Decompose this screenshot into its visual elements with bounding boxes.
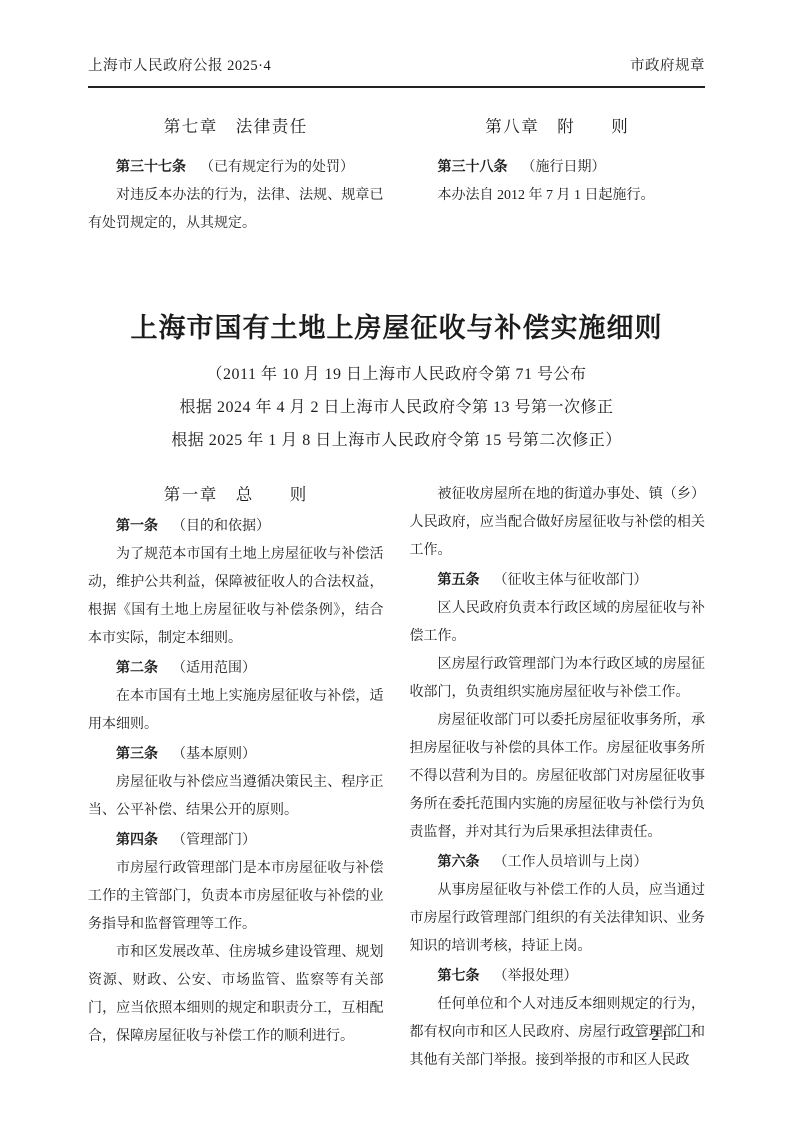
paragraph: 区人民政府负责本行政区域的房屋征收与补偿工作。 — [410, 595, 706, 651]
article-heading: 第四条（管理部门） — [88, 825, 384, 855]
paragraph: 房屋征收部门可以委托房屋征收事务所，承担房屋征收与补偿的具体工作。房屋征收事务所… — [410, 707, 706, 847]
article-number: 第三条 — [116, 745, 158, 761]
article-title: （已有规定行为的处罚） — [200, 160, 354, 175]
chapter-heading: 第七章 法律责任 — [88, 114, 384, 140]
article-number: 第一条 — [116, 517, 158, 533]
promulgation-line: 根据 2024 年 4 月 2 日上海市人民政府令第 13 号第一次修正 — [88, 391, 705, 424]
article-title: （基本原则） — [172, 747, 256, 762]
header-section-label: 市政府规章 — [630, 56, 705, 76]
article-number: 第二条 — [116, 659, 158, 675]
document-body: 第一章 总 则第一条（目的和依据）为了规范本市国有土地上房屋征收与补偿活动，维护… — [88, 481, 705, 1075]
paragraph: 区房屋行政管理部门为本行政区域的房屋征收部门，负责组织实施房屋征收与补偿工作。 — [410, 651, 706, 707]
promulgation-line: （2011 年 10 月 19 日上海市人民政府令第 71 号公布 — [88, 358, 705, 391]
paragraph: 市和区发展改革、住房城乡建设管理、规划资源、财政、公安、市场监管、监察等有关部门… — [88, 939, 384, 1051]
article-heading: 第三十八条（施行日期） — [410, 152, 706, 182]
promulgation-line: 根据 2025 年 1 月 8 日上海市人民政府令第 15 号第二次修正） — [88, 424, 705, 457]
article-title: （适用范围） — [172, 661, 256, 676]
paragraph: 从事房屋征收与补偿工作的人员，应当通过市房屋行政管理部门组织的有关法律知识、业务… — [410, 877, 706, 961]
body-left-column: 第一章 总 则第一条（目的和依据）为了规范本市国有土地上房屋征收与补偿活动，维护… — [88, 481, 384, 1075]
paragraph: 本办法自 2012 年 7 月 1 日起施行。 — [410, 182, 706, 210]
paragraph: 市房屋行政管理部门是本市房屋征收与补偿工作的主管部门，负责本市房屋征收与补偿的业… — [88, 855, 384, 939]
previous-regulation-end: 第七章 法律责任第三十七条（已有规定行为的处罚）对违反本办法的行为，法律、法规、… — [88, 114, 705, 238]
paragraph: 房屋征收与补偿应当遵循决策民主、程序正当、公平补偿、结果公开的原则。 — [88, 769, 384, 825]
promulgation-note: （2011 年 10 月 19 日上海市人民政府令第 71 号公布 根据 202… — [88, 358, 705, 457]
article-heading: 第三十七条（已有规定行为的处罚） — [88, 152, 384, 182]
chapter-heading: 第一章 总 则 — [88, 481, 384, 509]
article-number: 第七条 — [438, 967, 480, 983]
article-number: 第三十八条 — [438, 158, 508, 174]
chapter-heading: 第八章 附 则 — [410, 114, 706, 140]
prev-regulation-left-column: 第七章 法律责任第三十七条（已有规定行为的处罚）对违反本办法的行为，法律、法规、… — [88, 114, 384, 238]
article-number: 第六条 — [438, 853, 480, 869]
article-number: 第四条 — [116, 831, 158, 847]
prev-regulation-right-column: 第八章 附 则第三十八条（施行日期）本办法自 2012 年 7 月 1 日起施行… — [410, 114, 706, 238]
gazette-page: 上海市人民政府公报 2025·4 市政府规章 第七章 法律责任第三十七条（已有规… — [0, 0, 793, 1122]
article-number: 第五条 — [438, 571, 480, 587]
article-title: （举报处理） — [494, 969, 578, 984]
article-title: （征收主体与征收部门） — [494, 573, 648, 588]
article-title: （工作人员培训与上岗） — [494, 855, 648, 870]
header-gazette-title: 上海市人民政府公报 2025·4 — [88, 56, 271, 76]
article-title: （管理部门） — [172, 833, 256, 848]
body-right-column: 被征收房屋所在地的街道办事处、镇（乡）人民政府，应当配合做好房屋征收与补偿的相关… — [410, 481, 706, 1075]
running-header: 上海市人民政府公报 2025·4 市政府规章 — [88, 56, 705, 88]
article-heading: 第二条（适用范围） — [88, 653, 384, 683]
document-title: 上海市国有土地上房屋征收与补偿实施细则 — [88, 308, 705, 348]
paragraph: 对违反本办法的行为，法律、法规、规章已有处罚规定的，从其规定。 — [88, 182, 384, 238]
page-number: — 21 — — [629, 1028, 694, 1045]
article-title: （施行日期） — [522, 160, 606, 175]
paragraph: 被征收房屋所在地的街道办事处、镇（乡）人民政府，应当配合做好房屋征收与补偿的相关… — [410, 481, 706, 565]
article-heading: 第三条（基本原则） — [88, 739, 384, 769]
article-heading: 第五条（征收主体与征收部门） — [410, 565, 706, 595]
article-heading: 第七条（举报处理） — [410, 961, 706, 991]
article-title: （目的和依据） — [172, 519, 270, 534]
article-heading: 第六条（工作人员培训与上岗） — [410, 847, 706, 877]
paragraph: 在本市国有土地上实施房屋征收与补偿，适用本细则。 — [88, 683, 384, 739]
paragraph: 为了规范本市国有土地上房屋征收与补偿活动，维护公共利益，保障被征收人的合法权益，… — [88, 541, 384, 653]
article-heading: 第一条（目的和依据） — [88, 511, 384, 541]
article-number: 第三十七条 — [116, 158, 186, 174]
